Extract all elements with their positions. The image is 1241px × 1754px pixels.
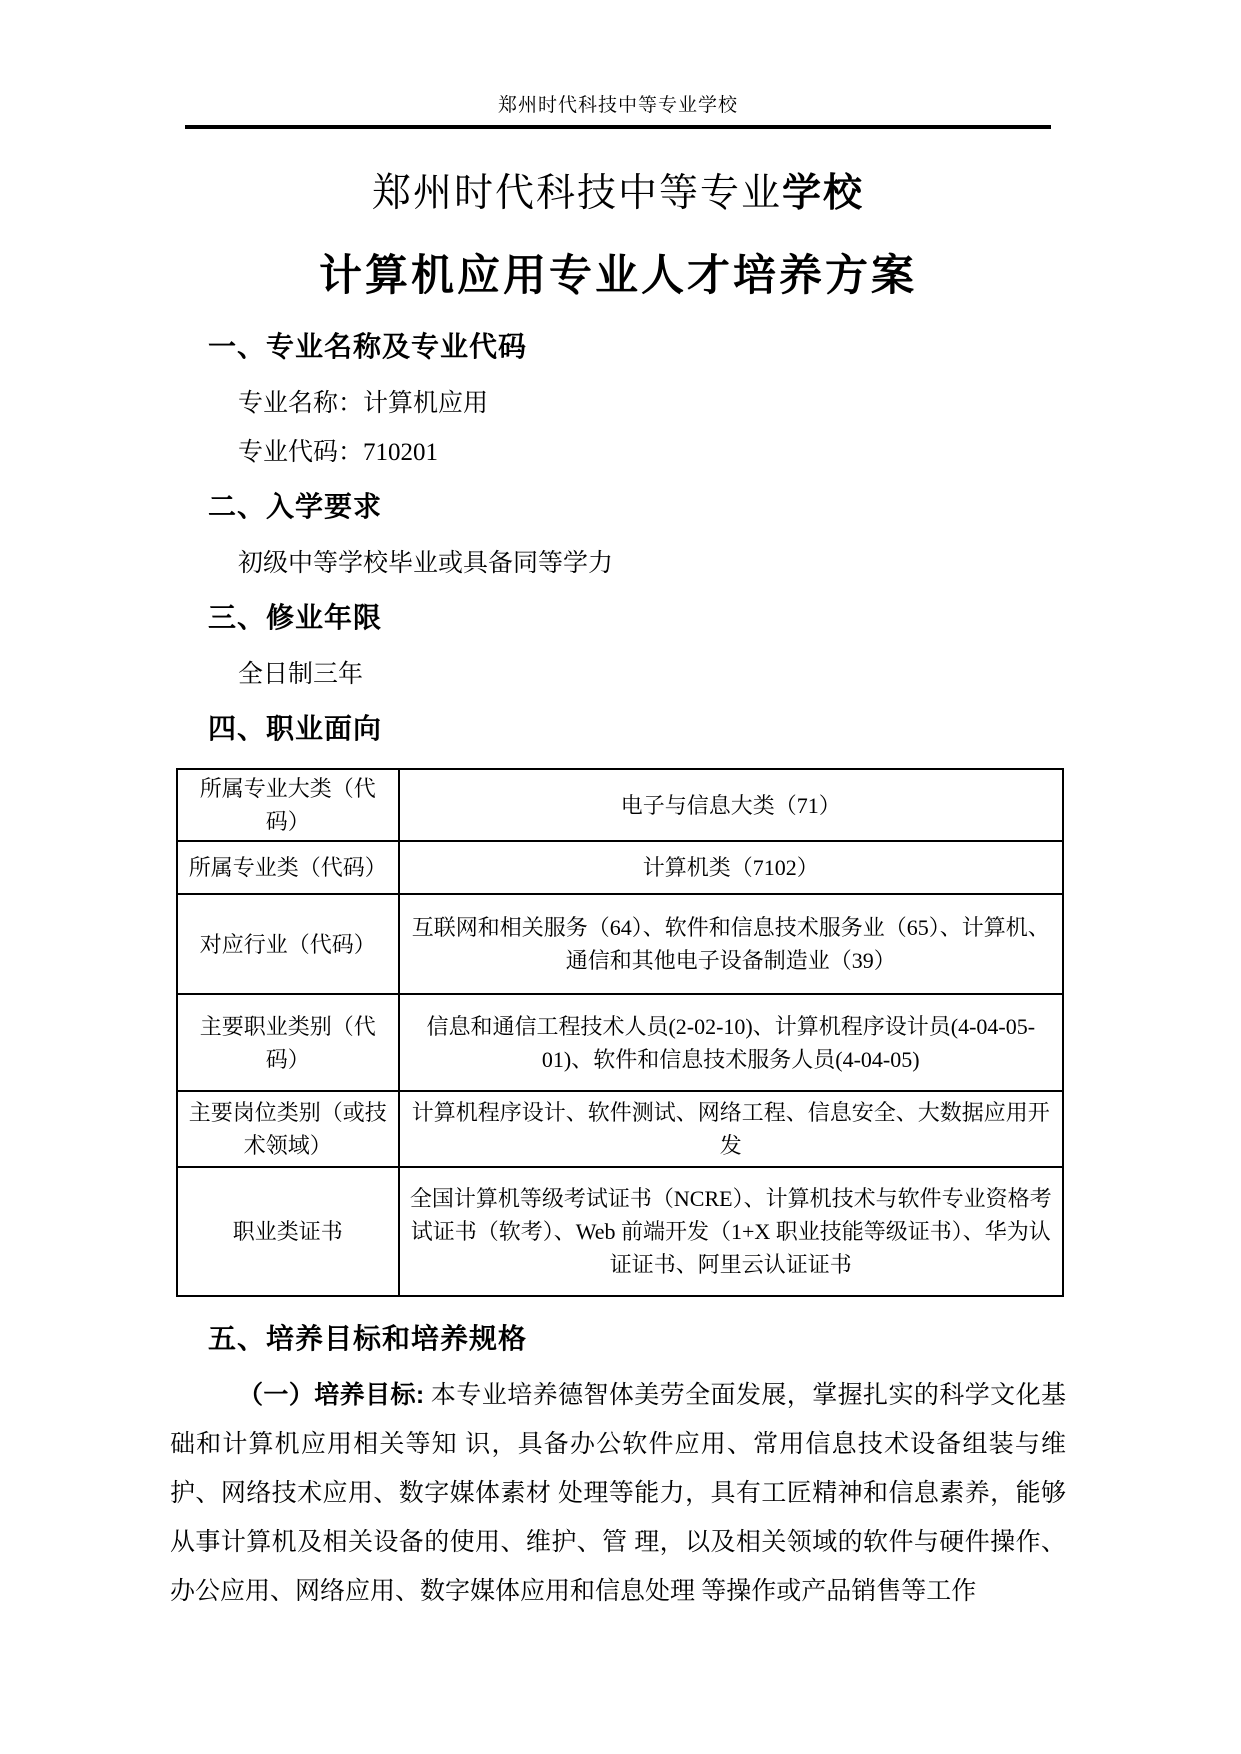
training-objective-lead: （一）培养目标: <box>238 1381 424 1409</box>
major-code-line: 专业代码：710201 <box>170 428 1066 477</box>
section-heading-career-orientation: 四、职业面向 <box>170 711 1066 747</box>
table-value-cell: 计算机类（7102） <box>399 841 1064 894</box>
table-value-cell: 全国计算机等级考试证书（NCRE）、计算机技术与软件专业资格考试证书（软考）、W… <box>399 1167 1064 1296</box>
entry-requirement-line: 初级中等学校毕业或具备同等学力 <box>170 539 1066 588</box>
table-label-cell: 所属专业类（代码） <box>177 841 399 894</box>
section-heading-entry-requirement: 二、入学要求 <box>170 489 1066 525</box>
study-period-line: 全日制三年 <box>170 650 1066 699</box>
header-rule <box>185 125 1051 129</box>
table-row: 主要职业类别（代码） 信息和通信工程技术人员(2-02-10)、计算机程序设计员… <box>177 994 1063 1091</box>
section-heading-major-name-code: 一、专业名称及专业代码 <box>170 329 1066 365</box>
school-name-bold-part: 学校 <box>782 172 864 215</box>
major-name-line: 专业名称：计算机应用 <box>170 379 1066 428</box>
training-objective-body: 本专业培养德智体美劳全面发展，掌握扎实的科学文化基础和计算机应用相关等知 识，具… <box>170 1382 1066 1605</box>
table-row: 职业类证书 全国计算机等级考试证书（NCRE）、计算机技术与软件专业资格考试证书… <box>177 1167 1063 1296</box>
table-value-cell: 计算机程序设计、软件测试、网络工程、信息安全、大数据应用开发 <box>399 1091 1064 1167</box>
career-orientation-table: 所属专业大类（代码） 电子与信息大类（71） 所属专业类（代码） 计算机类（71… <box>176 768 1064 1297</box>
table-row: 所属专业大类（代码） 电子与信息大类（71） <box>177 769 1063 841</box>
table-label-cell: 职业类证书 <box>177 1167 399 1296</box>
table-value-cell: 信息和通信工程技术人员(2-02-10)、计算机程序设计员(4-04-05-01… <box>399 994 1064 1091</box>
section-heading-training-objective: 五、培养目标和培养规格 <box>170 1321 1066 1357</box>
table-label-cell: 对应行业（代码） <box>177 894 399 994</box>
table-row: 主要岗位类别（或技术领域） 计算机程序设计、软件测试、网络工程、信息安全、大数据… <box>177 1091 1063 1167</box>
table-label-cell: 主要岗位类别（或技术领域） <box>177 1091 399 1167</box>
page-content: 郑州时代科技中等专业学校 郑州时代科技中等专业学校 计算机应用专业人才培养方案 … <box>170 0 1066 1616</box>
document-title: 计算机应用专业人才培养方案 <box>170 250 1066 302</box>
table-row: 所属专业类（代码） 计算机类（7102） <box>177 841 1063 894</box>
table-value-cell: 互联网和相关服务（64）、软件和信息技术服务业（65）、计算机、通信和其他电子设… <box>399 894 1064 994</box>
school-name-regular-part: 郑州时代科技中等专业 <box>372 172 782 215</box>
section-heading-study-period: 三、修业年限 <box>170 600 1066 636</box>
table-value-cell: 电子与信息大类（71） <box>399 769 1064 841</box>
running-header-text: 郑州时代科技中等专业学校 <box>170 0 1066 117</box>
school-name-title: 郑州时代科技中等专业学校 <box>170 171 1066 217</box>
training-objective-paragraph: （一）培养目标: 本专业培养德智体美劳全面发展，掌握扎实的科学文化基础和计算机应… <box>170 1371 1066 1616</box>
table-label-cell: 所属专业大类（代码） <box>177 769 399 841</box>
document-page: 郑州时代科技中等专业学校 郑州时代科技中等专业学校 计算机应用专业人才培养方案 … <box>0 0 1241 1754</box>
table-row: 对应行业（代码） 互联网和相关服务（64）、软件和信息技术服务业（65）、计算机… <box>177 894 1063 994</box>
table-label-cell: 主要职业类别（代码） <box>177 994 399 1091</box>
